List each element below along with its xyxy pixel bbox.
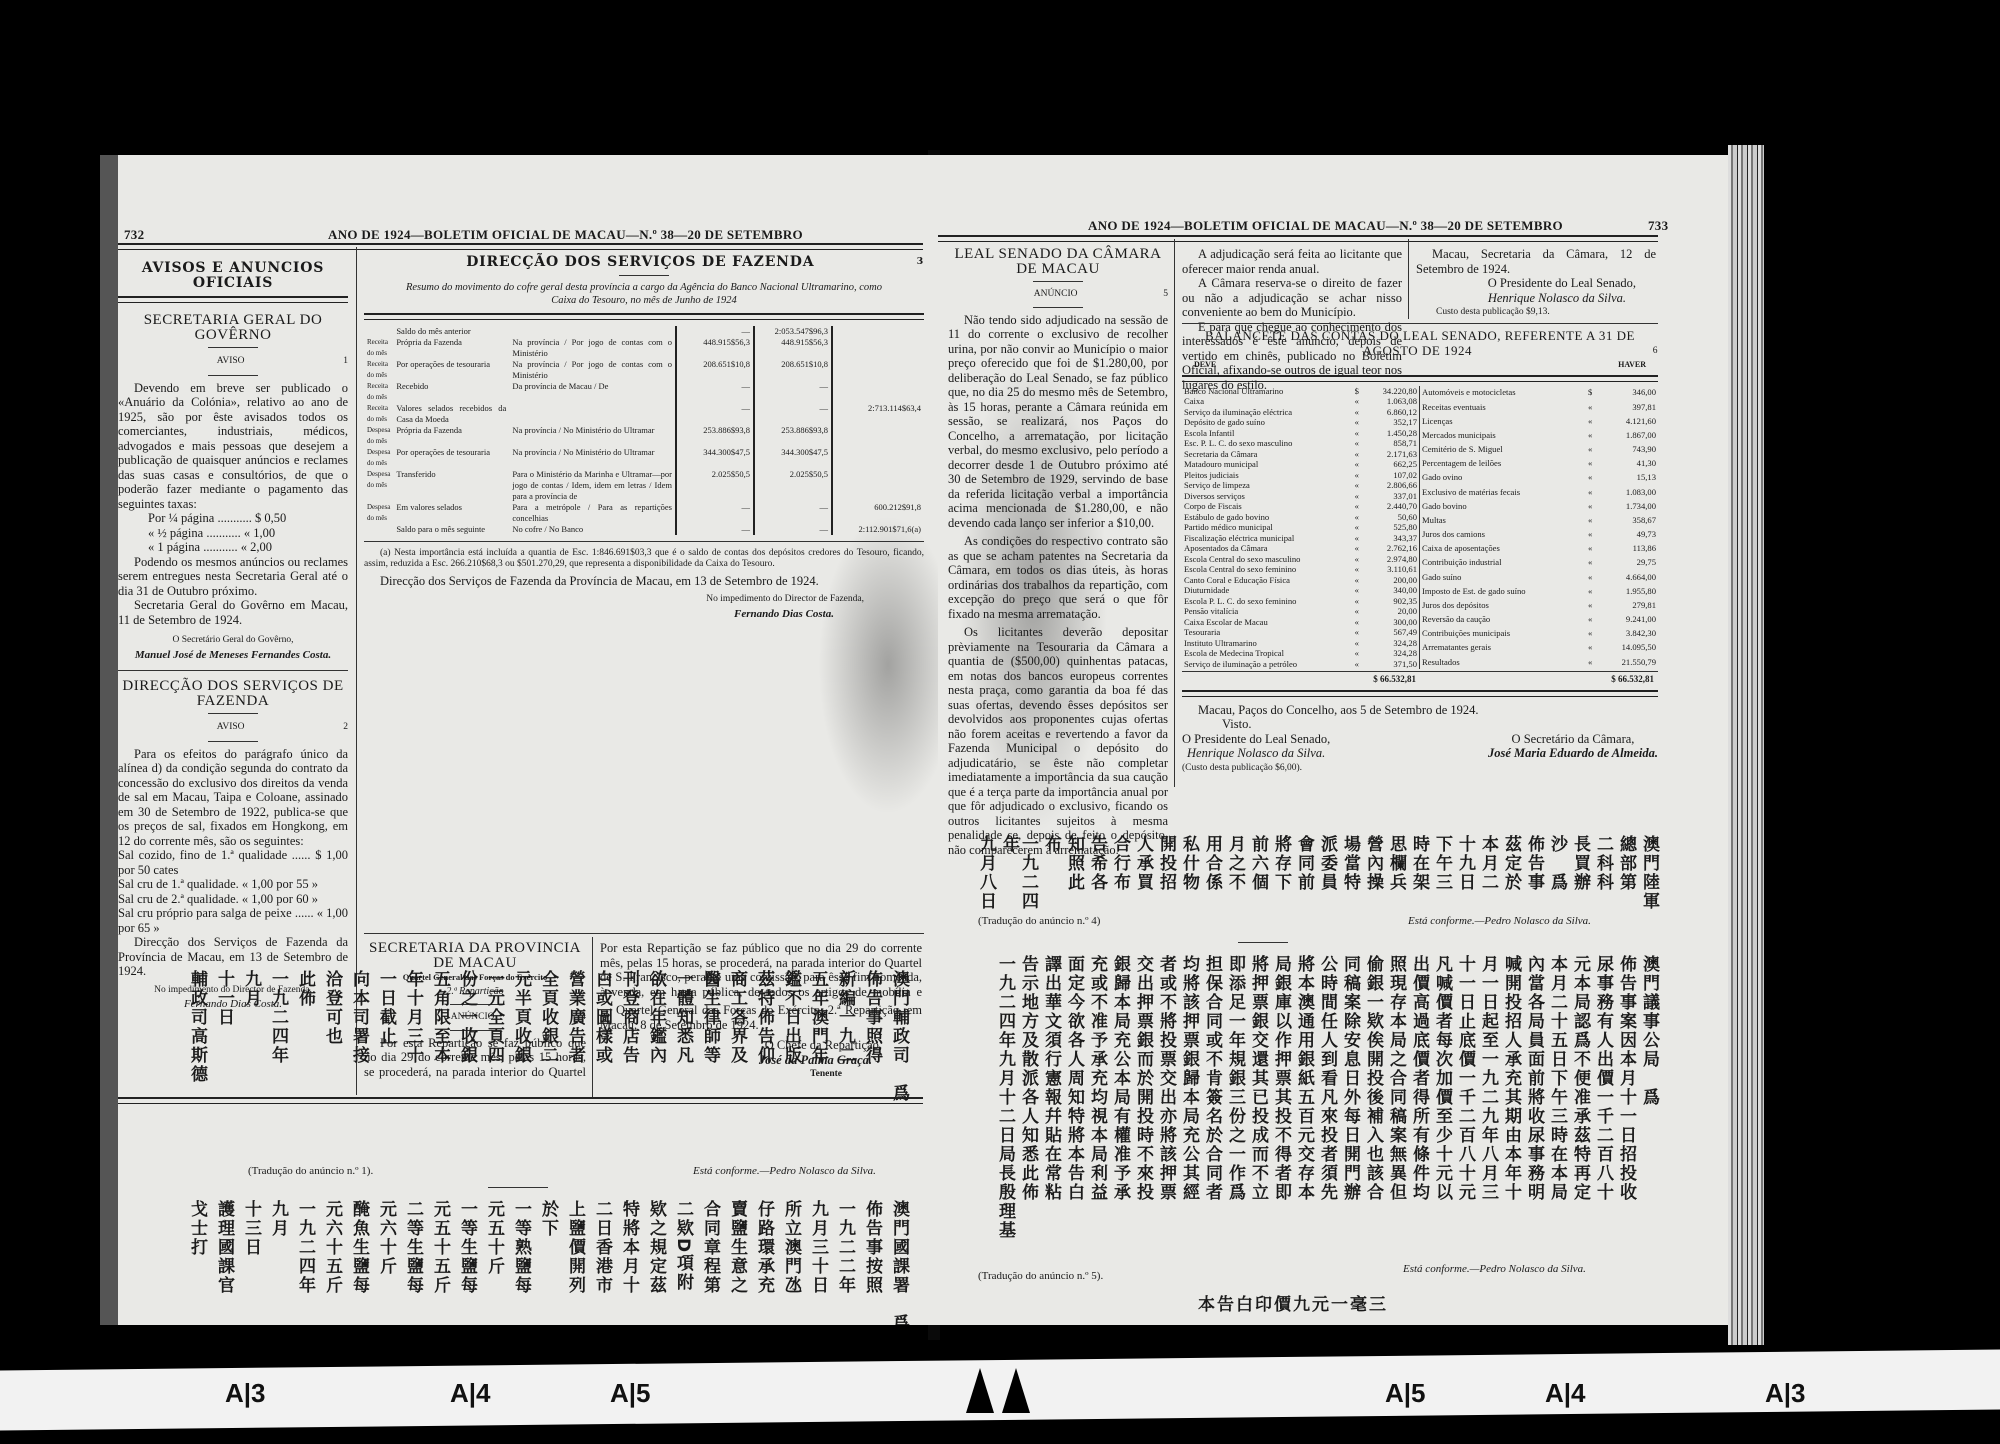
chinese-text-column: 佈告事 (1524, 835, 1543, 927)
secretary-title: O Secretário da Câmara, (1488, 732, 1658, 747)
account-value: 2.974,80 (1364, 554, 1419, 565)
account-value: 902,35 (1364, 596, 1419, 607)
visto: Visto. (1182, 717, 1658, 732)
table-row: Despesa do mêsPrópria da FazendaNa proví… (364, 425, 924, 447)
account-label: Automóveis e motocicletas (1420, 386, 1586, 400)
account-value: 15,13 (1599, 471, 1658, 485)
chinese-text-column: 均將該押票銀歸本局充公其經 (1179, 955, 1198, 1255)
account-value: 371,50 (1364, 659, 1419, 670)
rates-list: Por ¼ página ........... $ 0,50 « ½ pági… (118, 511, 348, 555)
chinese-text-column: 布 (1041, 835, 1060, 927)
divider (208, 347, 258, 348)
notice1-body: Devendo em breve ser publicado o «Anuári… (118, 381, 348, 512)
table-row: Diversos serviços«337,01 (1182, 491, 1420, 502)
notice5-org: LEAL SENADO DA CÂMARA DE MACAU (948, 247, 1168, 276)
table-row: Serviço de limpeza«2.806,66 (1182, 480, 1420, 491)
table-row: Imposto de Est. de gado suíno«1.955,80 (1420, 584, 1658, 598)
org-title: DIRECÇÃO DOS SERVIÇOS DE FAZENDA (466, 254, 814, 270)
table-row: Caixa«1.063,08 (1182, 396, 1420, 407)
frame-mark-label: A|4 (450, 1378, 491, 1408)
secretary-name: José Maria Eduardo de Almeida. (1488, 746, 1658, 761)
row-group: Receita do mês (364, 403, 393, 425)
running-head: ANO DE 1924—BOLETIM OFICIAL DE MACAU—N.º… (1088, 218, 1563, 234)
frame-mark: A|3 (1765, 1378, 1806, 1409)
secretary-block: O Secretário da Câmara, José Maria Eduar… (1488, 732, 1658, 761)
row-value-1: 253.886$93,8 (676, 425, 754, 447)
notice-type: AVISO (217, 722, 245, 732)
chinese-notice-4: 澳門陸軍總部第二科科長買辦沙 爲佈告事茲定於本月二十九日下午三時在架思欄兵營內操… (958, 835, 1658, 927)
row-value-3 (832, 381, 924, 403)
row-label: Por operações de tesouraria (393, 447, 509, 469)
chinese-text-column: 仔路環承充 (754, 1200, 773, 1325)
ink-stain (818, 515, 948, 815)
row-group (364, 326, 393, 337)
president-name: Henrique Nolasco da Silva. (1182, 746, 1330, 761)
table-row: Escola Infantil«1.450,28 (1182, 428, 1420, 439)
chinese-text-column: 茲特佈告仰 (754, 970, 773, 1160)
price-row: Sal cru de 2.ª qualidade. « 1,00 por 60 … (118, 892, 348, 907)
row-value-2: — (754, 381, 832, 403)
chinese-text-column: 佈告事案因本月十一日招投收 (1616, 955, 1635, 1255)
chinese-text-column: 十一日止底價一千二百八十元 (1455, 955, 1474, 1255)
account-label: Gado suíno (1420, 570, 1586, 584)
currency: « (1586, 626, 1599, 640)
account-label: Fiscalização eléctrica municipal (1182, 533, 1353, 544)
price-value: « 1,00 por 55 » (242, 877, 318, 891)
chinese-text-column: 向本司署接 (349, 970, 368, 1160)
notice3-subtitle: Resumo do movimento do cofre geral desta… (364, 281, 924, 307)
chinese-text-column: 元半頁收銀 (511, 970, 530, 1160)
table-row: Escola Central do sexo feminino«3.110,61 (1182, 564, 1420, 575)
frame-mark-label: A|4 (1545, 1378, 1586, 1408)
table-row: Automóveis e motocicletas$346,00 (1420, 386, 1658, 400)
chinese-text-column: 照現存本局之合同稿案無異但 (1386, 955, 1405, 1255)
table-row: Banco Nacional Ultramarino$34.220,80 (1182, 386, 1420, 397)
currency: « (1353, 407, 1365, 418)
account-label: Banco Nacional Ultramarino (1182, 386, 1353, 397)
account-label: Escola de Medecina Tropical (1182, 648, 1353, 659)
chinese-text-column: 九月八日 (976, 835, 995, 927)
account-label: Multas (1420, 513, 1586, 527)
right-page: ANO DE 1924—BOLETIM OFICIAL DE MACAU—N.º… (938, 155, 1728, 1325)
chinese-text-column: 告希各 (1087, 835, 1106, 927)
signer-name: Manuel José de Meneses Fernandes Costa. (118, 648, 348, 663)
chinese-text-column: 佈告事照得 (862, 970, 881, 1160)
balancete-section: BALANCETE DAS CONTAS DO LEAL SENADO, REF… (1182, 329, 1658, 775)
chinese-text-column: 沙 爲 (1547, 835, 1566, 927)
row-label: Em valores selados (393, 502, 509, 524)
account-label: Partido médico municipal (1182, 522, 1353, 533)
row-value-2: 253.886$93,8 (754, 425, 832, 447)
chinese-text-column: 全頁收銀二 (538, 970, 557, 1160)
chinese-text-column: 五年澳門年 (808, 970, 827, 1160)
film-strip (0, 1350, 2000, 1431)
table-row: Fiscalização eléctrica municipal«343,37 (1182, 533, 1420, 544)
account-label: Arrematantes gerais (1420, 641, 1586, 655)
chinese-text-column: 告示地方及散派各人知悉此佈 (1018, 955, 1037, 1255)
table-row: Contribuição industrial«29,75 (1420, 556, 1658, 570)
table-row: Serviço da iluminação eléctrica«6.860,12 (1182, 407, 1420, 418)
chinese-text-column: 十一日 (214, 970, 233, 1160)
translation-note: (Tradução do anúncio n.º 1). (248, 1165, 373, 1177)
deve-label: Deve (1194, 358, 1216, 373)
column-rule (1174, 239, 1175, 787)
chinese-text-column: 二科科 (1593, 835, 1612, 927)
frame-mark: A|5 (610, 1378, 651, 1409)
chinese-text-column: 於下 (538, 1200, 557, 1325)
table-row: Licenças«4.121,60 (1420, 414, 1658, 428)
account-value: 858,71 (1364, 438, 1419, 449)
row-value-3 (832, 447, 924, 469)
frame-mark: A|4 (450, 1378, 491, 1409)
balancete-place-date: Macau, Paços do Concelho, aos 5 de Setem… (1182, 703, 1658, 718)
row-group: Receita do mês (364, 337, 393, 359)
row-group: Receita do mês (364, 359, 393, 381)
account-label: Esc. P. L. C. do sexo masculino (1182, 438, 1353, 449)
column-rule (356, 247, 357, 1095)
chinese-text-column: 五角限至本 (430, 970, 449, 1160)
chinese-text-column: 刊登商店告 (619, 970, 638, 1160)
chinese-text-column: 茲定於 (1501, 835, 1520, 927)
currency: « (1353, 648, 1365, 659)
row-value-2: 2:053.547$96,3 (754, 326, 832, 337)
account-label: Juros dos depósitos (1420, 598, 1586, 612)
chinese-text-column: 月一日起至一九二九年八月三 (1478, 955, 1497, 1255)
account-value: 1.083,00 (1599, 485, 1658, 499)
table-row: Escola de Medecina Tropical«324,28 (1182, 648, 1420, 659)
table-row: Receita do mêsPrópria da FazendaNa proví… (364, 337, 924, 359)
chinese-text-column: 下午三 (1432, 835, 1451, 927)
account-value: 340,00 (1364, 585, 1419, 596)
chinese-text-column: 戈士打 (187, 1200, 206, 1325)
chinese-notice-2: 澳門國課署 爲佈告事按照一九二二年九月三十日所立澳門氹仔路環承充賣鹽生意之合同章… (268, 1200, 908, 1325)
account-value: 358,67 (1599, 513, 1658, 527)
currency: « (1586, 527, 1599, 541)
table-row: Caixa de aposentações«113,86 (1420, 541, 1658, 555)
currency: « (1353, 554, 1365, 565)
row-sub: Para o Ministério da Marinha e Ultramar—… (509, 469, 676, 502)
account-label: Contribuições municipais (1420, 626, 1586, 640)
divider (1182, 323, 1658, 324)
chinese-text-column: 一九二四年 (999, 835, 1037, 927)
account-value: 397,81 (1599, 400, 1658, 414)
table-row: Diuturnidade«340,00 (1182, 585, 1420, 596)
account-value: 352,17 (1364, 417, 1419, 428)
chinese-text-column: 派委員 (1317, 835, 1336, 927)
table-row: Saldo do mês anterior—2:053.547$96,3 (364, 326, 924, 337)
notice5-p5: A Câmara reserva-se o direito de fazer o… (1182, 276, 1402, 320)
account-value: 3.110,61 (1364, 564, 1419, 575)
treasury-movement-table: Saldo do mês anterior—2:053.547$96,3Rece… (364, 326, 924, 535)
table-row: Corpo de Fiscais«2.440,70 (1182, 501, 1420, 512)
currency: « (1353, 543, 1365, 554)
chinese-text-column: 二欵D項附 (673, 1200, 692, 1325)
chinese-text-column: 一等熟鹽每 (511, 1200, 530, 1325)
divider (208, 713, 258, 714)
account-value: 343,37 (1364, 533, 1419, 544)
account-value: 1.450,28 (1364, 428, 1419, 439)
account-value: 4.664,00 (1599, 570, 1658, 584)
currency: « (1353, 533, 1365, 544)
notice-number: 6 (1653, 344, 1658, 359)
row-value-1: 208.651$10,8 (676, 359, 754, 381)
table-row: Exclusivo de matérias fecais«1.083,00 (1420, 485, 1658, 499)
account-value: 3.842,30 (1599, 626, 1658, 640)
currency: « (1586, 400, 1599, 414)
row-value-1: — (676, 403, 754, 425)
account-value: 279,81 (1599, 598, 1658, 612)
chinese-text-column: 局銀庫以作押票其投不得者即 (1271, 955, 1290, 1255)
divider (118, 296, 348, 303)
currency: « (1353, 564, 1365, 575)
section-title: AVISOS E ANUNCIOS OFICIAIS (118, 255, 348, 296)
account-value: 21.550,79 (1599, 655, 1658, 669)
price-label: Sal cru próprio para salga de peixe (118, 906, 292, 920)
chinese-text-column: 護理國課官 (214, 1200, 233, 1325)
print-price-note: 本告白印價九元一毫三 (1198, 1290, 1388, 1315)
account-value: 337,01 (1364, 491, 1419, 502)
chinese-text-column: 凡喊價者每次加價至少十元以 (1432, 955, 1451, 1255)
price-label: Sal cozido, fino de 1.ª qualidade (118, 848, 287, 862)
row-value-1: 344.300$47,5 (676, 447, 754, 469)
row-label: Saldo para o mês seguinte (393, 524, 509, 535)
chinese-text-column: 知照此 (1064, 835, 1083, 927)
account-value: 49,73 (1599, 527, 1658, 541)
account-label: Pleitos judiciais (1182, 470, 1353, 481)
currency: « (1586, 655, 1599, 669)
price-value: « 1,00 por 60 » (242, 892, 318, 906)
account-label: Escola Central do sexo masculino (1182, 554, 1353, 565)
account-value: 6.860,12 (1364, 407, 1419, 418)
currency: « (1353, 575, 1365, 586)
salt-prices: Sal cozido, fino de 1.ª qualidade ......… (118, 848, 348, 935)
chinese-text-column: 營內操 (1363, 835, 1382, 927)
row-value-1: — (676, 502, 754, 524)
row-value-2: 344.300$47,5 (754, 447, 832, 469)
rate-value: « 1,00 (244, 526, 275, 540)
table-row: Mercados municipais«1.867,00 (1420, 428, 1658, 442)
currency: « (1353, 396, 1365, 407)
divider (118, 670, 348, 671)
row-value-2: — (754, 502, 832, 524)
chinese-text-column: 元本局認爲不便准承茲特再定 (1570, 955, 1589, 1255)
chinese-text-column: 份之一收銀 (457, 970, 476, 1160)
chinese-text-column: 前六個 (1248, 835, 1267, 927)
row-group: Receita do mês (364, 381, 393, 403)
account-label: Diuturnidade (1182, 585, 1353, 596)
account-label: Estábulo de gado bovino (1182, 512, 1353, 523)
account-label: Tesouraria (1182, 627, 1353, 638)
table-row: Saldo para o mês seguinteNo cofre / No B… (364, 524, 924, 535)
ink-stain (958, 355, 1108, 835)
account-label: Exclusivo de matérias fecais (1420, 485, 1586, 499)
table-row: Pensão vitalícia«20,00 (1182, 606, 1420, 617)
chinese-text-column: 十九日 (1455, 835, 1474, 927)
currency: « (1586, 471, 1599, 485)
frame-mark: A|3 (225, 1378, 266, 1409)
account-label: Aposentados da Câmara (1182, 543, 1353, 554)
notice5-col3: Macau, Secretaria da Câmara, 12 de Setem… (1416, 247, 1656, 320)
chinese-text-column: 澳門輔政司 爲 (889, 970, 908, 1160)
table-row: Percentagem de leilões«41,30 (1420, 456, 1658, 470)
frame-mark: A|5 (1385, 1378, 1426, 1409)
account-label: Escola P. L. C. do sexo feminino (1182, 596, 1353, 607)
table-row: Esc. P. L. C. do sexo masculino«858,71 (1182, 438, 1420, 449)
row-label: Própria da Fazenda (393, 425, 509, 447)
frame-mark-label: A|3 (225, 1378, 266, 1408)
chinese-text-column: 一元全頁四 (484, 970, 503, 1160)
chinese-text-column: 私什物 (1179, 835, 1198, 927)
table-row: Despesa do mêsEm valores seladosPara a m… (364, 502, 924, 524)
chinese-text-column: 偷銀一欵俟開投後補入也該合 (1363, 955, 1382, 1255)
table-row: Cemitério de S. Miguel«743,90 (1420, 442, 1658, 456)
row-value-2: 208.651$10,8 (754, 359, 832, 381)
notice3-org: DIRECÇÃO DOS SERVIÇOS DE FAZENDA3 (364, 255, 924, 270)
haver-label: Haver (1618, 358, 1646, 373)
divider (1033, 281, 1083, 282)
divider (208, 741, 258, 742)
chinese-text-column: 開投招 (1156, 835, 1175, 927)
balancete-title: BALANCETE DAS CONTAS DO LEAL SENADO, REF… (1182, 329, 1658, 358)
currency: $ (1353, 386, 1365, 397)
account-label: Escola Infantil (1182, 428, 1353, 439)
rate-label: Por ¼ página (148, 511, 214, 525)
chinese-text-column: 一體知悉凡 (673, 970, 692, 1160)
notice1-type: AVISO1 (118, 354, 348, 369)
row-sub: Da província de Macau / De (509, 381, 676, 403)
chinese-text-column: 充或不准予承充均視本局利益 (1087, 955, 1106, 1255)
account-label: Secretaria da Câmara (1182, 449, 1353, 460)
currency: « (1586, 584, 1599, 598)
chinese-text-column: 將本澳通用銀紙五百元交存本 (1294, 955, 1313, 1255)
frame-mark: A|4 (1545, 1378, 1586, 1409)
account-label: Juros dos camions (1420, 527, 1586, 541)
row-sub: Na província / No Ministério do Ultramar (509, 447, 676, 469)
divider (488, 1187, 548, 1188)
row-label: Saldo do mês anterior (393, 326, 509, 337)
divider (1238, 942, 1288, 943)
account-value: 324,28 (1364, 638, 1419, 649)
row-value-2: 448.915$56,3 (754, 337, 832, 359)
balancete-headers: Deve Haver (1182, 358, 1658, 373)
row-value-2: — (754, 403, 832, 425)
row-sub: Na província / Por jogo de contas com o … (509, 337, 676, 359)
chinese-text-column: 時在架 (1409, 835, 1428, 927)
table-row: Matadouro municipal«662,25 (1182, 459, 1420, 470)
chinese-text-column: 本月二 (1478, 835, 1497, 927)
account-value: 2.171,63 (1364, 449, 1419, 460)
currency: « (1353, 596, 1365, 607)
account-label: Escola Central do sexo feminino (1182, 564, 1353, 575)
account-value: 34.220,80 (1364, 386, 1419, 397)
chinese-text-column: 一九二四年 (268, 970, 287, 1160)
table-row: Canto Coral e Educação Física«200,00 (1182, 575, 1420, 586)
currency: $ (1586, 386, 1599, 400)
account-label: Contribuição industrial (1420, 556, 1586, 570)
chinese-text-column: 出價高過底價者得所有條件均 (1409, 955, 1428, 1255)
left-page: 732 ANO DE 1924—BOLETIM OFICIAL DE MACAU… (100, 155, 948, 1325)
chinese-text-column: 面定今欲各人周知特將本告白 (1064, 955, 1083, 1255)
row-sub (509, 403, 676, 425)
table-row: Estábulo de gado bovino«50,60 (1182, 512, 1420, 523)
row-value-1: — (676, 524, 754, 535)
account-label: Diversos serviços (1182, 491, 1353, 502)
total-deve: $ 66.532,81 (1182, 672, 1420, 687)
table-row: Despesa do mêsPor operações de tesourari… (364, 447, 924, 469)
chinese-text-column: 白或圖樣或 (592, 970, 611, 1160)
currency: « (1586, 541, 1599, 555)
rate-row: Por ¼ página ........... $ 0,50 (148, 511, 348, 526)
title-text: BALANCETE DAS CONTAS DO LEAL SENADO, REF… (1205, 328, 1635, 358)
chinese-notice-1: 澳門輔政司 爲佈告事照得新編一九二五年澳門年鑑不日出版茲特佈告仰商工各界及醫生律… (268, 970, 908, 1160)
publication-cost: (Custo desta publicação $6,00). (1182, 761, 1658, 776)
chinese-text-column: 輔政司高斯德 (187, 970, 206, 1160)
account-label: Gado bovino (1420, 499, 1586, 513)
chinese-text-column: 一日截止 (376, 970, 395, 1160)
currency: « (1353, 459, 1365, 470)
row-group: Despesa do mês (364, 447, 393, 469)
notice1-place-date: Secretaria Geral do Govêrno em Macau, 11… (118, 598, 348, 627)
chinese-text-column: 交出押票銀而於開投時不來投 (1133, 955, 1152, 1255)
table-row: Despesa do mêsTransferidoPara o Ministér… (364, 469, 924, 502)
table-row: Instituto Ultramarino«324,28 (1182, 638, 1420, 649)
table-row: Pleitos judiciais«107,02 (1182, 470, 1420, 481)
row-value-3 (832, 326, 924, 337)
account-value: 2.806,66 (1364, 480, 1419, 491)
account-value: 29,75 (1599, 556, 1658, 570)
table-row: Receita do mêsRecebidoDa província de Ma… (364, 381, 924, 403)
chinese-text-column: 元五十斤 (484, 1200, 503, 1325)
row-value-1: — (676, 381, 754, 403)
chinese-text-column: 本月二十五日下午三時在本局 (1547, 955, 1566, 1255)
account-label: Gado ovino (1420, 471, 1586, 485)
currency: « (1586, 485, 1599, 499)
notice-type: AVISO (217, 356, 245, 366)
table-row: Reversão da caução«9.241,00 (1420, 612, 1658, 626)
table-row: Gado ovino«15,13 (1420, 471, 1658, 485)
chinese-text-column: 元六十五斤 (322, 1200, 341, 1325)
rate-value: $ 0,50 (255, 511, 286, 525)
account-value: 20,00 (1364, 606, 1419, 617)
account-label: Percentagem de leilões (1420, 456, 1586, 470)
film-notch (966, 1368, 994, 1413)
film-notch (1002, 1368, 1030, 1413)
account-label: Reversão da caução (1420, 612, 1586, 626)
account-label: Canto Coral e Educação Física (1182, 575, 1353, 586)
currency: « (1586, 598, 1599, 612)
chinese-text-column: 合同章程第 (700, 1200, 719, 1325)
account-value: 1.063,08 (1364, 396, 1419, 407)
deve-table: Banco Nacional Ultramarino$34.220,80Caix… (1182, 386, 1420, 670)
account-label: Matadouro municipal (1182, 459, 1353, 470)
account-label: Serviço de iluminação a petróleo (1182, 659, 1353, 670)
currency: « (1586, 612, 1599, 626)
currency: « (1353, 449, 1365, 460)
currency: « (1353, 638, 1365, 649)
header-rule (938, 235, 1658, 242)
row-value-1: — (676, 326, 754, 337)
chinese-text-column: 所立澳門氹 (781, 1200, 800, 1325)
balancete-totals: $ 66.532,81 $ 66.532,81 (1182, 671, 1658, 687)
chinese-text-column: 元五十五斤 (430, 1200, 449, 1325)
chinese-text-column: 公時間任人到看凡來投者須先 (1317, 955, 1336, 1255)
balancete-signers: O Presidente do Leal Senado, Henrique No… (1182, 732, 1658, 761)
table-row: Arrematantes gerais«14.095,50 (1420, 641, 1658, 655)
account-value: 41,30 (1599, 456, 1658, 470)
chinese-text-column: 二日香港市 (592, 1200, 611, 1325)
table-row: Serviço de iluminação a petróleo«371,50 (1182, 659, 1420, 670)
chinese-text-column: 喊開投招人承充其期由本年十 (1501, 955, 1520, 1255)
